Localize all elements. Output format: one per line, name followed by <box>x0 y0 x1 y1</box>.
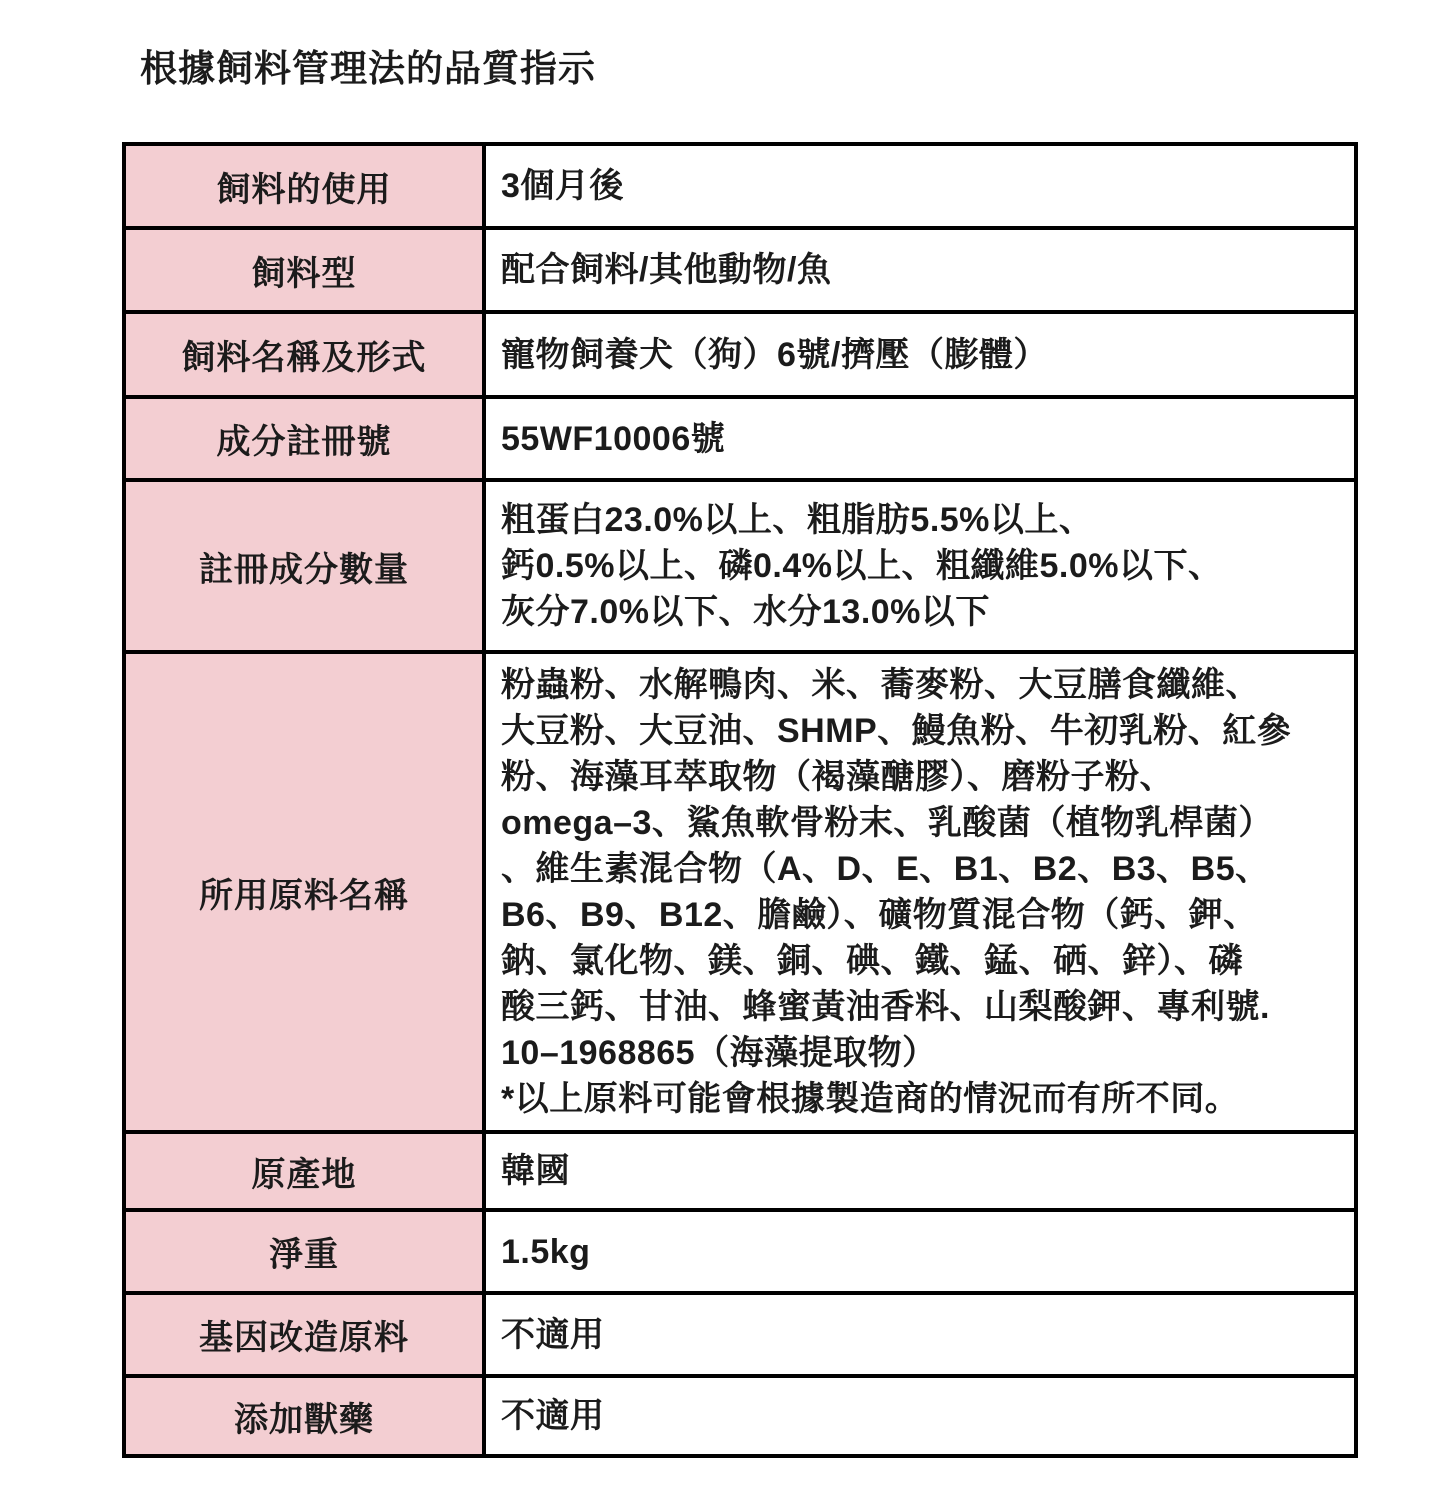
table-row-gmo-material: 基因改造原料 不適用 <box>124 1293 1356 1376</box>
row-label-ingredient-registration-number: 成分註冊號 <box>124 397 484 480</box>
row-label-raw-material-names: 所用原料名稱 <box>124 652 484 1132</box>
row-label-feed-usage: 飼料的使用 <box>124 144 484 228</box>
row-label-net-weight: 淨重 <box>124 1210 484 1293</box>
table-row-origin: 原產地 韓國 <box>124 1132 1356 1210</box>
row-value-registered-component-quantity: 粗蛋白23.0%以上、粗脂肪5.5%以上、 鈣0.5%以上、磷0.4%以上、粗纖… <box>484 480 1356 652</box>
row-label-added-veterinary-drugs: 添加獸藥 <box>124 1376 484 1456</box>
table-row-feed-usage: 飼料的使用 3個月後 <box>124 144 1356 228</box>
row-label-feed-name-form: 飼料名稱及形式 <box>124 312 484 397</box>
table-row-net-weight: 淨重 1.5kg <box>124 1210 1356 1293</box>
row-value-feed-type: 配合飼料/其他動物/魚 <box>484 228 1356 312</box>
table-row-added-veterinary-drugs: 添加獸藥 不適用 <box>124 1376 1356 1456</box>
row-value-gmo-material: 不適用 <box>484 1293 1356 1376</box>
row-label-registered-component-quantity: 註冊成分數量 <box>124 480 484 652</box>
row-value-feed-name-form: 寵物飼養犬（狗）6號/擠壓（膨體） <box>484 312 1356 397</box>
row-value-ingredient-registration-number: 55WF10006號 <box>484 397 1356 480</box>
table-row-feed-type: 飼料型 配合飼料/其他動物/魚 <box>124 228 1356 312</box>
page: 根據飼料管理法的品質指示 飼料的使用 3個月後 飼料型 配合飼料/其他動物/魚 … <box>0 0 1445 1503</box>
table-row-ingredient-registration-number: 成分註冊號 55WF10006號 <box>124 397 1356 480</box>
table-row-raw-material-names: 所用原料名稱 粉蟲粉、水解鴨肉、米、蕎麥粉、大豆膳食纖維、 大豆粉、大豆油、SH… <box>124 652 1356 1132</box>
row-value-raw-material-names: 粉蟲粉、水解鴨肉、米、蕎麥粉、大豆膳食纖維、 大豆粉、大豆油、SHMP、鰻魚粉、… <box>484 652 1356 1132</box>
row-label-feed-type: 飼料型 <box>124 228 484 312</box>
table-row-feed-name-form: 飼料名稱及形式 寵物飼養犬（狗）6號/擠壓（膨體） <box>124 312 1356 397</box>
row-label-gmo-material: 基因改造原料 <box>124 1293 484 1376</box>
page-title: 根據飼料管理法的品質指示 <box>140 38 596 92</box>
row-value-origin: 韓國 <box>484 1132 1356 1210</box>
feed-quality-spec-table: 飼料的使用 3個月後 飼料型 配合飼料/其他動物/魚 飼料名稱及形式 寵物飼養犬… <box>122 142 1358 1458</box>
table-row-registered-component-quantity: 註冊成分數量 粗蛋白23.0%以上、粗脂肪5.5%以上、 鈣0.5%以上、磷0.… <box>124 480 1356 652</box>
row-value-feed-usage: 3個月後 <box>484 144 1356 228</box>
row-value-net-weight: 1.5kg <box>484 1210 1356 1293</box>
row-label-origin: 原產地 <box>124 1132 484 1210</box>
row-value-added-veterinary-drugs: 不適用 <box>484 1376 1356 1456</box>
